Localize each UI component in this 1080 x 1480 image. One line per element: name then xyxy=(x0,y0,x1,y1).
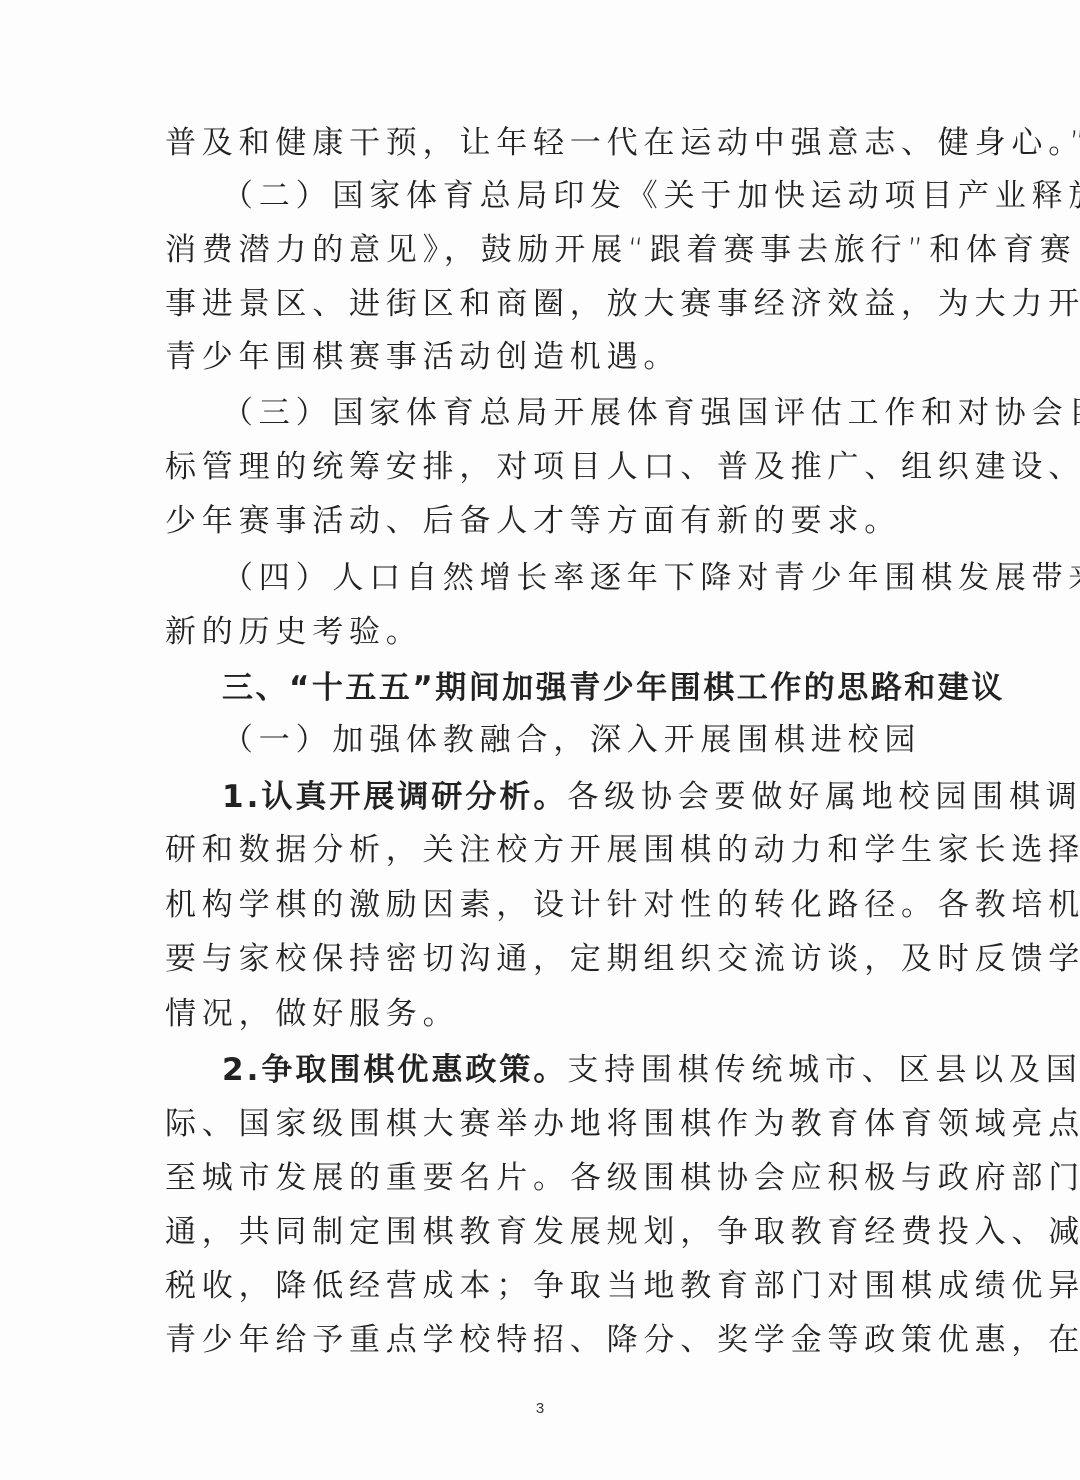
paragraph-line: 青少年给予重点学校特招、降分、奖学金等政策优惠，在试 xyxy=(165,1320,925,1360)
paragraph-line: 新的历史考验。 xyxy=(165,612,925,652)
paragraph-line: 研和数据分析，关注校方开展围棋的动力和学生家长选择到 xyxy=(165,830,925,870)
subsection-heading: （一）加强体教融合，深入开展围棋进校园 xyxy=(222,720,982,760)
paragraph-line: 2.争取围棋优惠政策。支持围棋传统城市、区县以及国 xyxy=(222,1050,982,1090)
paragraph-line: 际、国家级围棋大赛举办地将围棋作为教育体育领域亮点乃 xyxy=(165,1104,925,1144)
page-number: 3 xyxy=(0,1400,1080,1417)
paragraph-line: （二）国家体育总局印发《关于加快运动项目产业释放 xyxy=(222,176,982,216)
paragraph-line: 事进景区、进街区和商圈，放大赛事经济效益，为大力开展 xyxy=(165,284,925,324)
paragraph-text: 各级协会要做好属地校园围棋调 xyxy=(567,779,1080,815)
paragraph-line: 少年赛事活动、后备人才等方面有新的要求。 xyxy=(165,501,925,541)
paragraph-line: 要与家校保持密切沟通，定期组织交流访谈，及时反馈学生 xyxy=(165,939,925,979)
paragraph-line: （四）人口自然增长率逐年下降对青少年围棋发展带来 xyxy=(222,558,982,598)
bold-lead: 1.认真开展调研分析。 xyxy=(222,779,567,815)
paragraph-line: 消费潜力的意见》，鼓励开展“跟着赛事去旅行”和体育赛 xyxy=(165,230,925,270)
paragraph-line: 通，共同制定围棋教育发展规划，争取教育经费投入、减免 xyxy=(165,1212,925,1252)
paragraph-line: 1.认真开展调研分析。各级协会要做好属地校园围棋调 xyxy=(222,777,982,817)
paragraph-line: 税收，降低经营成本；争取当地教育部门对围棋成绩优异的 xyxy=(165,1266,925,1306)
paragraph-line: （三）国家体育总局开展体育强国评估工作和对协会目 xyxy=(222,393,982,433)
section-heading: 三、“十五五”期间加强青少年围棋工作的思路和建议 xyxy=(222,668,982,708)
paragraph-line: 机构学棋的激励因素，设计针对性的转化路径。各教培机构 xyxy=(165,885,925,925)
paragraph-line: 青少年围棋赛事活动创造机遇。 xyxy=(165,337,925,377)
paragraph-line: 情况，做好服务。 xyxy=(165,994,925,1034)
paragraph-text: 支持围棋传统城市、区县以及国 xyxy=(567,1052,1080,1088)
paragraph-line: 标管理的统筹安排，对项目人口、普及推广、组织建设、青 xyxy=(165,447,925,487)
paragraph-line: 至城市发展的重要名片。各级围棋协会应积极与政府部门沟 xyxy=(165,1158,925,1198)
bold-lead: 2.争取围棋优惠政策。 xyxy=(222,1052,567,1088)
paragraph-line: 普及和健康干预，让年轻一代在运动中强意志、健身心。” xyxy=(165,123,925,163)
